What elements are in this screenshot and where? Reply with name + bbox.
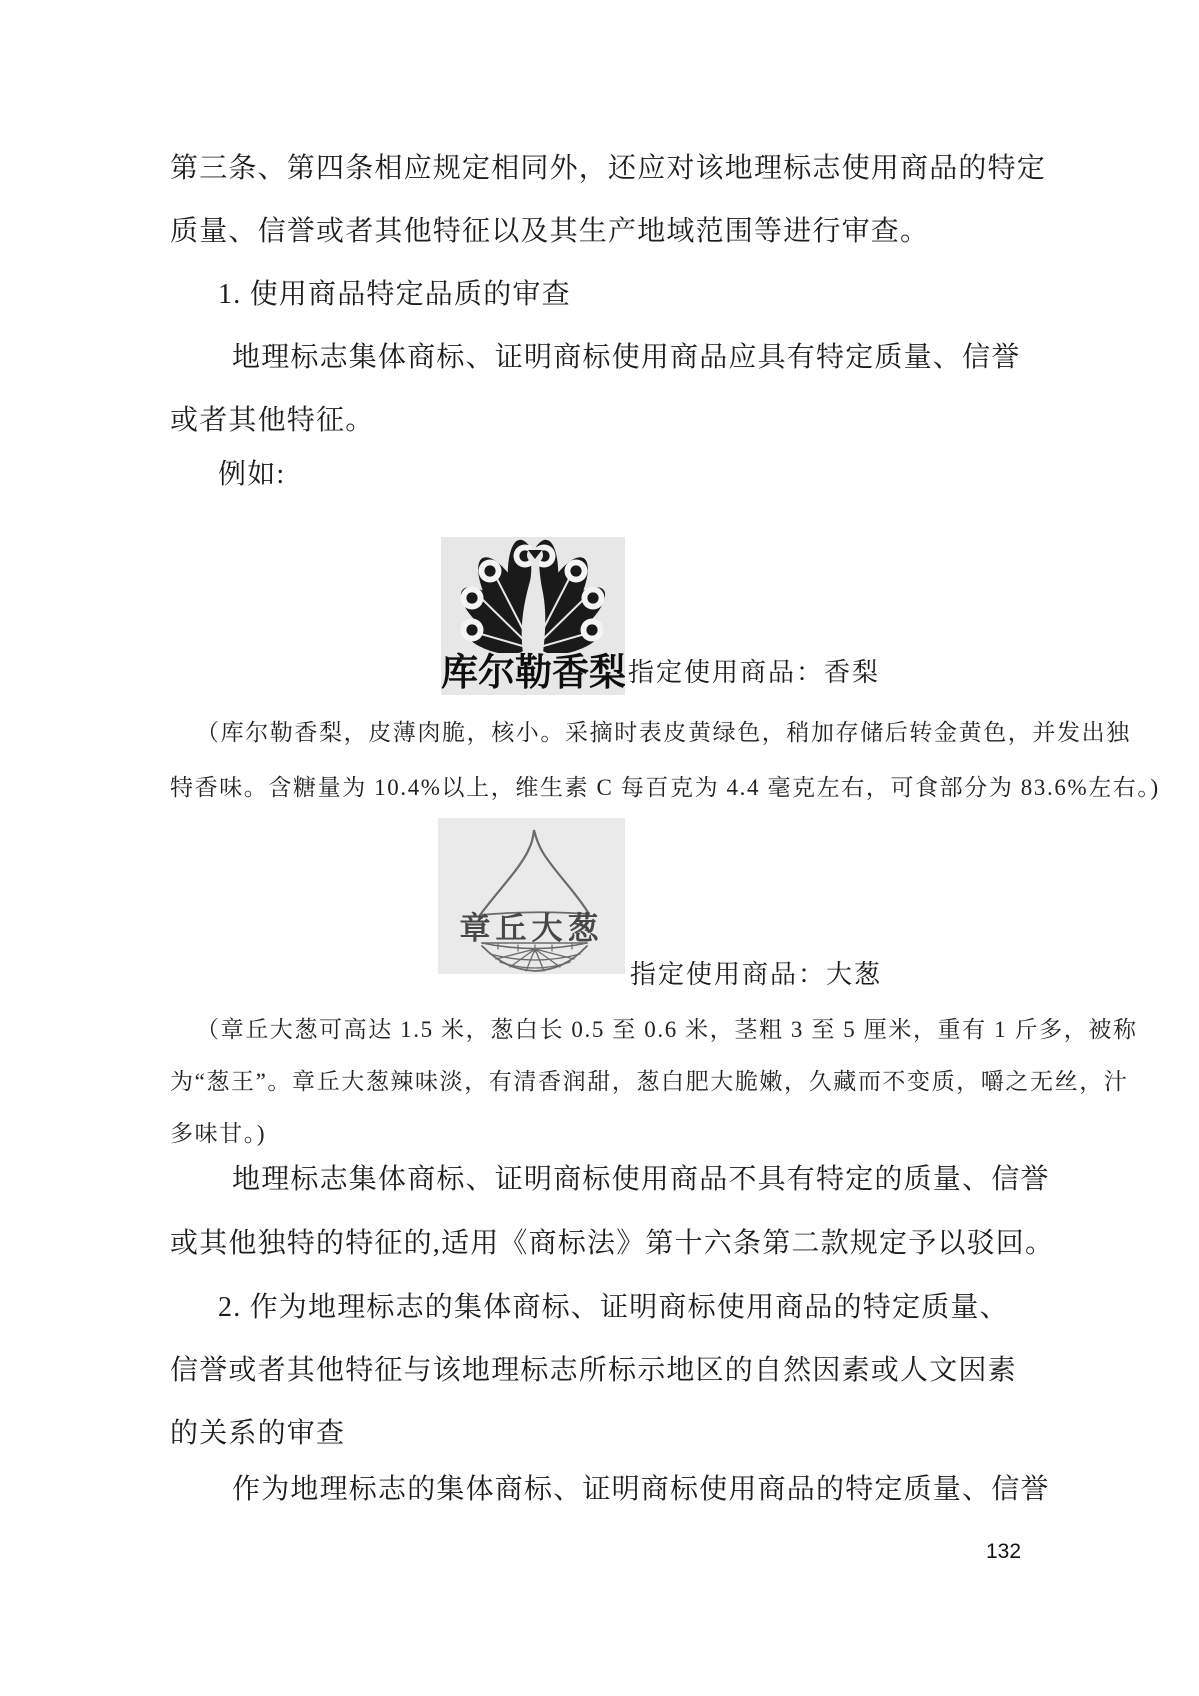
peacock-icon <box>441 537 625 653</box>
item1-body-line-1: 地理标志集体商标、证明商标使用商品应具有特定质量、信誉 <box>232 335 1020 375</box>
scallion-note-line-2: 为“葱王”。章丘大葱辣味淡，有清香润甜，葱白肥大脆嫩，久藏而不变质，嚼之无丝，汁 <box>170 1063 1128 1096</box>
item2-body-line-1: 作为地理标志的集体商标、证明商标使用商品的特定质量、信誉 <box>232 1467 1050 1507</box>
onion-basket-icon <box>438 818 625 974</box>
item2-title-line-2: 信誉或者其他特征与该地理标志所标示地区的自然因素或人文因素 <box>170 1348 1017 1388</box>
example-label: 例如: <box>218 452 285 492</box>
document-page: 第三条、第四条相应规定相同外，还应对该地理标志使用商品的特定 质量、信誉或者其他… <box>0 0 1199 1696</box>
item2-title-line-3: 的关系的审查 <box>170 1411 345 1451</box>
pear-designation-label: 指定使用商品：香梨 <box>628 652 880 689</box>
item1-body-line-2: 或者其他特征。 <box>170 398 374 438</box>
intro-line-1: 第三条、第四条相应规定相同外，还应对该地理标志使用商品的特定 <box>170 146 1046 186</box>
scallion-designation-label: 指定使用商品：大葱 <box>630 954 882 991</box>
kuerle-pear-trademark-image: 库尔勒香梨 <box>441 537 625 695</box>
pear-mark-text: 库尔勒香梨 <box>441 651 625 695</box>
rejection-line-1: 地理标志集体商标、证明商标使用商品不具有特定的质量、信誉 <box>232 1157 1050 1197</box>
pear-note-line-2: 特香味。含糖量为 10.4%以上，维生素 C 每百克为 4.4 毫克左右，可食部… <box>170 769 1160 802</box>
scallion-note-line-1: （章丘大葱可高达 1.5 米，葱白长 0.5 至 0.6 米，茎粗 3 至 5 … <box>196 1011 1138 1044</box>
rejection-line-2: 或其他独特的特征的,适用《商标法》第十六条第二款规定予以驳回。 <box>170 1221 1054 1261</box>
scallion-note-line-3: 多味甘。) <box>170 1115 266 1148</box>
zhangqiu-scallion-trademark-image: 章丘大葱 <box>438 818 625 974</box>
page-number: 132 <box>986 1540 1021 1564</box>
scallion-mark-text: 章丘大葱 <box>438 911 625 947</box>
pear-note-line-1: （库尔勒香梨，皮薄肉脆，核小。采摘时表皮黄绿色，稍加存储后转金黄色，并发出独 <box>196 714 1131 747</box>
item2-title-line-1: 2. 作为地理标志的集体商标、证明商标使用商品的特定质量、 <box>218 1285 1009 1325</box>
intro-line-2: 质量、信誉或者其他特征以及其生产地域范围等进行审查。 <box>170 209 929 249</box>
item1-title: 1. 使用商品特定品质的审查 <box>218 272 571 312</box>
